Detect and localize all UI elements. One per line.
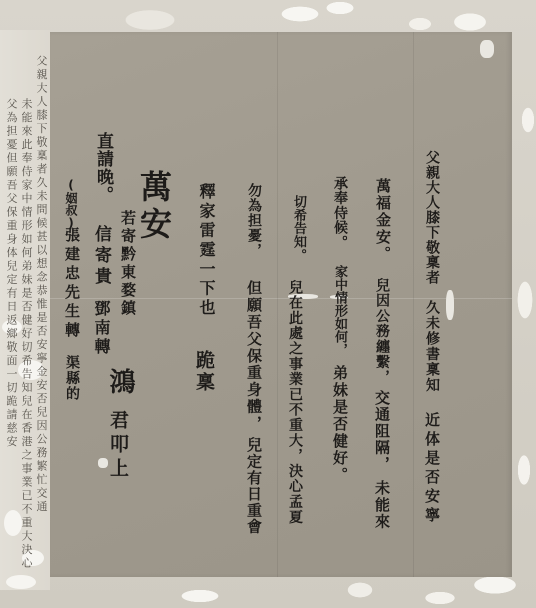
letter-line: 久未修書稟知 (425, 300, 439, 393)
paper-tear (480, 40, 494, 58)
signature-closing: 君叩上 (108, 410, 127, 482)
address-line: 張建忠先生轉 (64, 227, 79, 341)
letter-line: 未能來 (374, 480, 389, 530)
letter-line: 勿為担憂， (247, 183, 261, 258)
letter-closing-respectful: 跪稟 (194, 350, 213, 394)
letter-line: 家中情形如何， (333, 265, 346, 356)
transcription-column-2: 未能來此奉侍家中情形如何弟妹是否健好切希告知兒在香港之事業已不重大決心 (21, 98, 32, 571)
address-line: 若寄黔東婺鎮 (120, 210, 135, 318)
address-line: 渠縣的 (65, 355, 79, 402)
transcription-column-1: 父親大人膝下敬稟者久未問候甚以想念恭惟是否安寧金安否兒因公務繁忙交通 (36, 55, 47, 514)
address-line: 信寄貴 (92, 225, 109, 288)
letter-line: 兒定有日重會 (246, 437, 261, 535)
letter-line: 兒因公務纏繫， (375, 278, 389, 385)
letter-line: 但願吾父保重身體， (246, 280, 261, 432)
letter-line: 兒在此處之事業已不重大，決心孟夏 (288, 280, 302, 525)
paper-damage (6, 575, 36, 589)
letter-line: 切希告知。 (292, 195, 305, 262)
transcription-column-3: 父為担憂但願吾父保重身体兒定有日返鄉敬面一切跪請慈安 (6, 98, 17, 449)
letter-salutation: 父親大人膝下敬稟者 (425, 150, 439, 285)
letter-line: 承奉侍候。 (333, 176, 347, 250)
letter-blessing: 萬安 (138, 170, 170, 244)
fold-crease-vertical (277, 32, 278, 577)
address-line: 鄧南轉 (93, 300, 109, 357)
signature-name: 鴻 (107, 368, 133, 394)
letter-line: 近体是否安寧 (424, 412, 439, 526)
paper-tear (446, 290, 454, 320)
letter-line: 直請晚。 (94, 132, 111, 204)
address-note: (姻叔) (65, 178, 77, 230)
letter-line: 弟妹是否健好。 (332, 365, 347, 484)
letter-line: 釋家雷霆一下也 (198, 183, 214, 318)
letter-line: 交通阻隔， (374, 390, 389, 472)
letter-line: 萬福金安。 (375, 178, 390, 263)
fold-crease-vertical (413, 32, 414, 577)
